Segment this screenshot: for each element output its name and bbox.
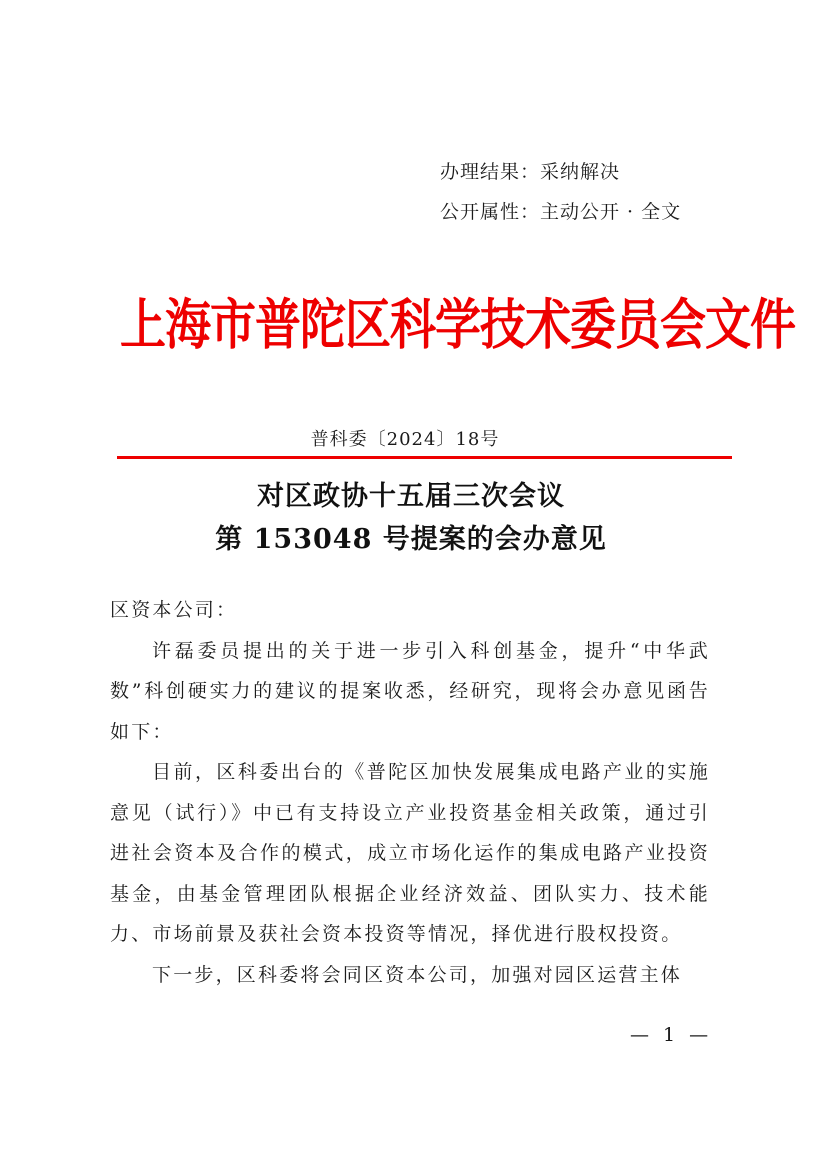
paragraph-3: 下一步，区科委将会同区资本公司，加强对园区运营主体 (110, 955, 710, 996)
red-masthead: 上海市普陀区科学技术委员会文件 (120, 282, 740, 360)
paragraph-1: 许磊委员提出的关于进一步引入科创基金，提升“中华武数”科创硬实力的建议的提案收悉… (110, 631, 710, 753)
document-body: 区资本公司： 许磊委员提出的关于进一步引入科创基金，提升“中华武数”科创硬实力的… (110, 590, 710, 995)
disclosure-attribute: 公开属性：主动公开 · 全文 (440, 197, 681, 224)
handling-result: 办理结果：采纳解决 (440, 157, 620, 184)
red-divider-line (117, 456, 732, 459)
document-title-line-2: 第 153048 号提案的会办意见 (0, 517, 822, 556)
document-title-line-1: 对区政协十五届三次会议 (0, 474, 822, 513)
salutation: 区资本公司： (110, 590, 710, 631)
document-number: 普科委〔2024〕18号 (0, 425, 822, 451)
document-number-text: 普科委〔2024〕18号 (311, 429, 500, 450)
page-number: — 1 — (630, 1024, 712, 1046)
paragraph-2: 目前，区科委出台的《普陀区加快发展集成电路产业的实施意见（试行）》中已有支持设立… (110, 752, 710, 955)
